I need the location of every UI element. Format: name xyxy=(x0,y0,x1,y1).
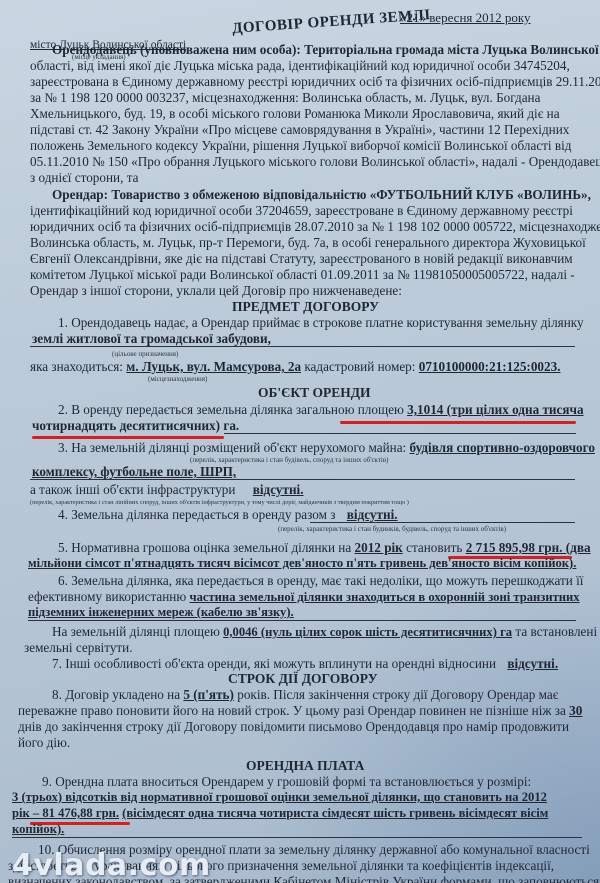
clause-4-value: відсутні. xyxy=(347,507,398,522)
landlord-line: Хмельницького, буд. 19, в особі міського… xyxy=(30,106,560,121)
clause-8: 8. Договір укладено на 5 (п'ять) років. … xyxy=(52,687,558,702)
location-row: яка знаходиться: м. Луцьк, вул. Мамсуров… xyxy=(30,359,561,374)
servitude-area: 0,0046 (нуль цілих сорок шість десятитис… xyxy=(223,625,512,639)
annual-rent-words-cont: копійок). xyxy=(12,822,64,837)
clause-2: 2. В оренду передається земельна ділянка… xyxy=(58,402,584,417)
notice-days: 30 xyxy=(569,703,582,718)
scanned-contract-page: ДОГОВІР ОРЕНДИ ЗЕМЛІ «21» вересня 2012 р… xyxy=(0,0,600,883)
clause-4-caption: (перелік, характеристика і стан будинків… xyxy=(278,525,506,533)
purpose-caption: (цільове призначення) xyxy=(112,350,178,358)
tenant-line: Орендар з іншої сторони, уклали цей Дого… xyxy=(30,283,402,298)
annual-rent-words: (вісімдесят одна тисяча чотириста сімдес… xyxy=(122,806,548,820)
property-value-cont: комплексу, футбольне поле, ШРП, xyxy=(32,464,236,479)
land-area-value-cont: чотирнадцять десятитисячних) га. xyxy=(32,418,239,433)
property-value: будівля спортивно-оздоровчого xyxy=(410,440,595,455)
red-highlight-underline xyxy=(32,436,224,439)
property-caption: (перелік, характеристика і стан будівель… xyxy=(190,456,389,464)
underline xyxy=(224,433,576,434)
rent-amount-row: рік – 81 476,88 грн. (вісімдесят одна ти… xyxy=(12,806,548,821)
contract-date: «21» вересня 2012 року xyxy=(400,10,531,25)
tenant-line: Волинська область, м. Луцьк, пр-т Перемо… xyxy=(30,235,586,250)
lease-term-value: 5 (п'ять) xyxy=(183,687,234,702)
section-heading-term: СТРОК ДІЇ ДОГОВОРУ xyxy=(228,671,378,687)
land-area-value: 3,1014 (три цілих одна тисяча xyxy=(407,402,583,417)
normative-valuation-words: мільйони сімсот п'ятнадцять тисяч вісімс… xyxy=(28,556,576,571)
landlord-line: з однієї сторони, та xyxy=(30,170,138,185)
clause-4: 4. Земельна ділянка передається в оренду… xyxy=(58,507,398,522)
clause-8-line: переважне право поновити його на новий с… xyxy=(18,703,582,718)
section-heading-rent: ОРЕНДНА ПЛАТА xyxy=(246,758,364,774)
clause-8-line: днів до закінчення строку дії Договору п… xyxy=(18,719,569,734)
infrastructure-value: відсутні. xyxy=(253,482,304,497)
servitude-cont: земельні сервітути. xyxy=(24,640,133,655)
landlord-line: Орендодавець (уповноважена ним особа): Т… xyxy=(52,42,599,57)
servitude-row: На земельній ділянці площею 0,0046 (нуль… xyxy=(52,624,597,640)
red-highlight-underline xyxy=(340,421,576,424)
site-watermark: 4vlada.com xyxy=(12,848,211,883)
clause-6: 6. Земельна ділянка, яка передається в о… xyxy=(58,573,583,588)
infrastructure-row: а також інші об'єкти інфраструктури відс… xyxy=(30,482,304,497)
landlord-line: положень Земельного кодексу України, ріш… xyxy=(30,138,572,153)
clause-3: 3. На земельній ділянці розміщений об'єк… xyxy=(58,440,595,455)
valuation-year: 2012 рік xyxy=(355,540,403,555)
annual-rent-amount: рік – 81 476,88 грн. xyxy=(12,806,119,820)
clause-7-value: відсутні. xyxy=(507,656,558,671)
clause-7: 7. Інші особливості об'єкта оренди, які … xyxy=(52,656,558,671)
tenant-line: юридичних осіб та фізичних осіб-підприєм… xyxy=(30,219,600,234)
underline xyxy=(12,837,582,838)
landlord-line: зареєстрована в Єдиному державному реєст… xyxy=(30,74,600,89)
landlord-line: області, від імені якої діє Луцька міськ… xyxy=(30,58,570,73)
landlord-line: за № 1 198 120 0000 003237, місцезнаходж… xyxy=(30,90,540,105)
landlord-line: 05.11.2010 № 150 «Про обрання Луцького м… xyxy=(30,154,600,169)
cadastral-number: 0710100000:21:125:0023. xyxy=(419,359,561,374)
underline xyxy=(28,620,576,621)
clause-1: 1. Орендодавець надає, а Орендар приймає… xyxy=(58,315,584,330)
section-heading-object: ОБ'ЄКТ ОРЕНДИ xyxy=(258,385,371,401)
clause-6-defects: ефективному використанню частина земельн… xyxy=(28,589,580,605)
defects-value: частина земельної ділянки знаходиться в … xyxy=(190,590,580,604)
underline xyxy=(30,346,575,347)
clause-9: 9. Орендна плата вноситься Орендарем у г… xyxy=(42,774,531,789)
rent-percent: 3 (трьох) відсотків від нормативної грош… xyxy=(12,790,547,805)
underline xyxy=(30,479,575,480)
tenant-line: комітетом Луцької міської ради Волинсько… xyxy=(30,267,575,282)
clause-5: 5. Нормативна грошова оцінка земельної д… xyxy=(58,540,591,555)
underline xyxy=(310,522,575,523)
section-heading-subject: ПРЕДМЕТ ДОГОВОРУ xyxy=(232,299,379,315)
land-purpose-value: землі житлової та громадської забудови, xyxy=(32,331,271,346)
tenant-line: ідентифікаційний код юридичної особи 372… xyxy=(30,203,573,218)
infrastructure-caption: (перелік, характеристика і стан лінійних… xyxy=(30,499,409,507)
clause-8-line: його дію. xyxy=(18,735,70,750)
tenant-line: Євгенії Олександрівни, яке діє на підста… xyxy=(30,251,573,266)
normative-valuation: 2 715 895,98 грн. (два xyxy=(466,540,591,555)
tenant-line: Орендар: Товариство з обмеженою відповід… xyxy=(52,187,591,202)
landlord-line: підставі ст. 42 Закону України «Про місц… xyxy=(30,122,569,137)
location-caption: (місцезнаходження) xyxy=(148,375,207,383)
location-value: м. Луцьк, вул. Мамсурова, 2а xyxy=(126,359,301,374)
defects-value-cont: підземних інженерних мереж (кабелю зв'яз… xyxy=(28,605,294,620)
